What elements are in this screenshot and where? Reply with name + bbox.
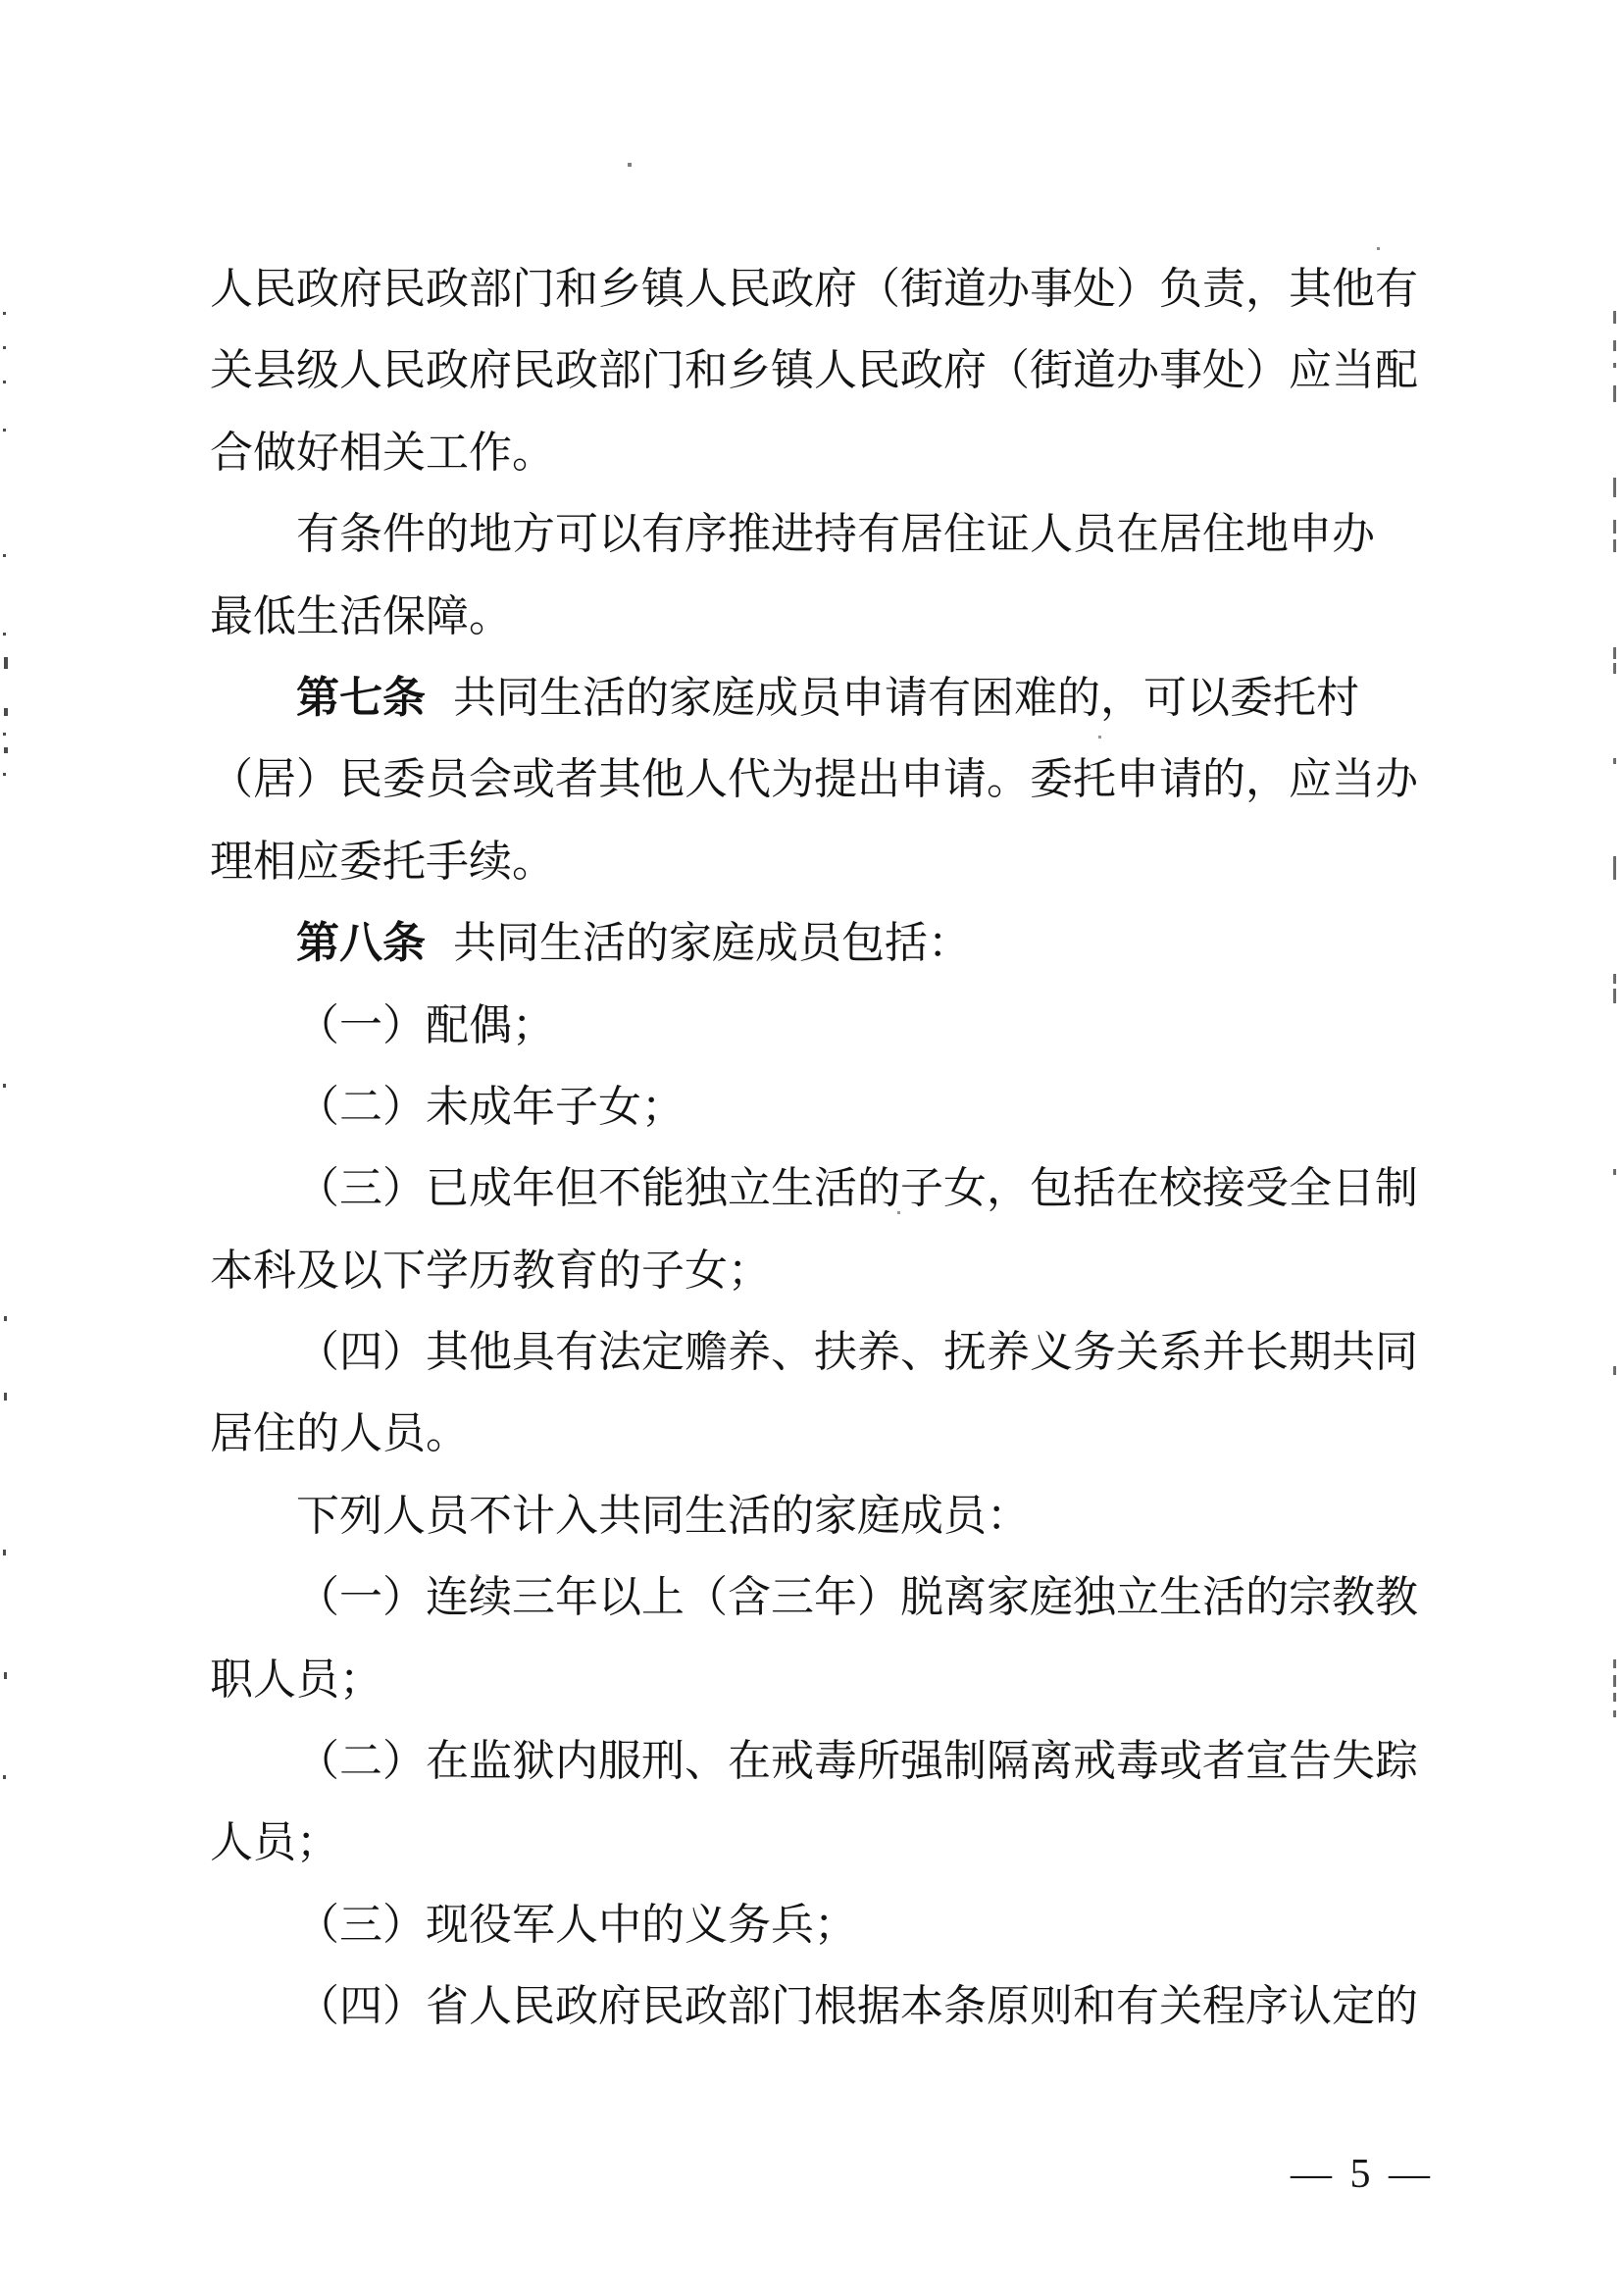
scan-speck — [3, 346, 6, 349]
scan-dash — [1613, 856, 1616, 880]
text-line: 合做好相关工作。 — [210, 412, 1475, 493]
article-text: 共同生活的家庭成员包括： — [453, 919, 971, 967]
text-block: 人民政府民政部门和乡镇人民政府（街道办事处）负责，其他有 关县级人民政府民政部门… — [210, 248, 1475, 2048]
text-line: 人员； — [210, 1802, 1475, 1883]
text-line: （一）配偶； — [210, 985, 1475, 1066]
scan-dash — [1613, 1659, 1616, 1668]
scan-dash — [1613, 1169, 1616, 1175]
text-line: 最低生活保障。 — [210, 576, 1475, 657]
text-line: （二）未成年子女； — [210, 1066, 1475, 1147]
scan-speck — [3, 554, 6, 557]
scan-speck — [4, 747, 8, 753]
text-line: （四）其他具有法定赡养、扶养、抚养义务关系并长期共同 — [210, 1311, 1475, 1393]
document-page: 人民政府民政部门和乡镇人民政府（街道办事处）负责，其他有 关县级人民政府民政部门… — [0, 0, 1624, 2293]
text-line: （一）连续三年以上（含三年）脱离家庭独立生活的宗教教 — [210, 1556, 1475, 1638]
scan-speck — [1377, 247, 1380, 250]
text-line: 本科及以下学历教育的子女； — [210, 1230, 1475, 1311]
article-number: 第七条 — [296, 674, 426, 722]
scan-speck — [4, 1393, 7, 1401]
scan-speck — [4, 1672, 7, 1679]
text-line: 居住的人员。 — [210, 1393, 1475, 1474]
text-line: 关县级人民政府民政部门和乡镇人民政府（街道办事处）应当配 — [210, 330, 1475, 411]
scan-dash — [1613, 478, 1616, 497]
article-text: 共同生活的家庭成员申请有困难的，可以委托村 — [453, 674, 1359, 722]
scan-speck — [3, 733, 6, 736]
text-line: （二）在监狱内服刑、在戒毒所强制隔离戒毒或者宣告失踪 — [210, 1720, 1475, 1802]
text-line-article-7: 第七条共同生活的家庭成员申请有困难的，可以委托村 — [210, 657, 1475, 739]
scan-speck — [3, 1775, 6, 1779]
scan-speck — [3, 1550, 6, 1555]
scan-speck — [897, 1211, 900, 1214]
article-number: 第八条 — [296, 919, 426, 967]
scan-dash — [1613, 1366, 1616, 1375]
text-line: 人民政府民政部门和乡镇人民政府（街道办事处）负责，其他有 — [210, 248, 1475, 330]
scan-dash — [1613, 520, 1616, 534]
text-line: （居）民委员会或者其他人代为提出申请。委托申请的，应当办 — [210, 739, 1475, 820]
text-line: 理相应委托手续。 — [210, 821, 1475, 902]
scan-speck — [4, 657, 8, 669]
text-line: 职人员； — [210, 1639, 1475, 1720]
text-line-article-8: 第八条共同生活的家庭成员包括： — [210, 902, 1475, 984]
scan-dash — [1613, 311, 1616, 324]
scan-dash — [1613, 539, 1616, 552]
scan-speck — [4, 1316, 7, 1321]
scan-dash — [1613, 1710, 1616, 1717]
scan-dash — [1613, 363, 1616, 368]
scan-dash — [1613, 340, 1616, 351]
scan-speck — [3, 381, 6, 383]
scan-dash — [1613, 663, 1616, 674]
scan-dash — [1613, 647, 1616, 659]
page-number: — 5 — — [1291, 2150, 1434, 2199]
scan-dash — [1613, 758, 1616, 764]
scan-speck — [1098, 736, 1101, 739]
scan-speck — [3, 633, 6, 636]
scan-speck — [4, 708, 8, 716]
scan-speck — [3, 773, 6, 776]
text-line: （四）省人民政府民政部门根据本条原则和有关程序认定的 — [210, 1965, 1475, 2047]
scan-speck — [3, 312, 6, 315]
scan-speck — [3, 1084, 6, 1088]
scan-dash — [1613, 1693, 1616, 1702]
scan-speck — [476, 1574, 479, 1577]
text-line: 下列人员不计入共同生活的家庭成员： — [210, 1475, 1475, 1556]
scan-dash — [1613, 1675, 1616, 1687]
text-line: （三）已成年但不能独立生活的子女，包括在校接受全日制 — [210, 1147, 1475, 1229]
scan-dash — [1613, 385, 1616, 402]
text-line: 有条件的地方可以有序推进持有居住证人员在居住地申办 — [210, 493, 1475, 575]
text-line: （三）现役军人中的义务兵； — [210, 1884, 1475, 1965]
scan-dash — [1613, 974, 1616, 984]
scan-speck — [3, 429, 6, 432]
scan-speck — [628, 163, 632, 167]
scan-dash — [1613, 989, 1616, 1003]
